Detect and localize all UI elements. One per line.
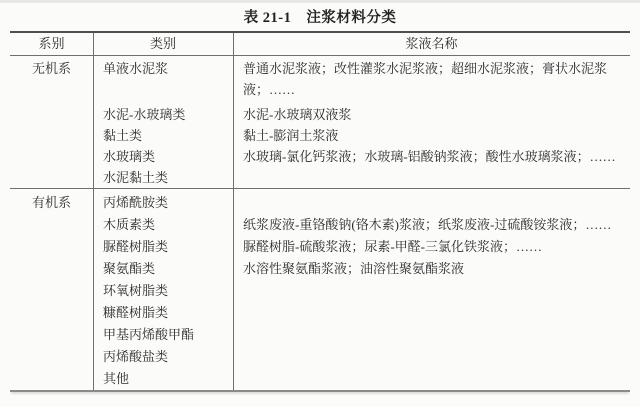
names-cell xyxy=(233,346,630,368)
column-divider-1 xyxy=(93,33,94,390)
table-header-row: 系别 类别 浆液名称 xyxy=(10,33,630,56)
names-cell xyxy=(233,280,630,302)
column-divider-2 xyxy=(233,33,234,390)
names-cell: 普通水泥浆液；改性灌浆水泥浆液；超细水泥浆液；膏状水泥浆液；…… xyxy=(233,58,630,100)
names-cell: 黏土-膨润土浆液 xyxy=(233,125,630,146)
names-cell: 水玻璃-氯化钙浆液；水玻璃-铝酸钠浆液；酸性水玻璃浆液；…… xyxy=(233,146,630,167)
table-row: 其他 xyxy=(93,368,630,390)
category-cell: 木质素类 xyxy=(93,214,233,236)
names-cell: 水泥-水玻璃双液浆 xyxy=(233,104,630,125)
names-cell xyxy=(233,167,630,188)
table-section-inorganic: 无机系单液水泥浆普通水泥浆液；改性灌浆水泥浆液；超细水泥浆液；膏状水泥浆液；……… xyxy=(10,56,630,188)
category-cell: 水玻璃类 xyxy=(93,146,233,167)
table-row: 甲基丙烯酸甲酯 xyxy=(93,324,630,346)
table-body: 无机系单液水泥浆普通水泥浆液；改性灌浆水泥浆液；超细水泥浆液；膏状水泥浆液；……… xyxy=(10,56,630,390)
table-row: 脲醛树脂类脲醛树脂-硫酸浆液；尿素-甲醛-三氯化铁浆液；…… xyxy=(93,236,630,258)
header-category: 类别 xyxy=(93,33,233,55)
section-rows: 单液水泥浆普通水泥浆液；改性灌浆水泥浆液；超细水泥浆液；膏状水泥浆液；……水泥-… xyxy=(93,56,630,188)
table-row: 木质素类纸浆废液-重铬酸钠(铬木素)浆液；纸浆废液-过硫酸铵浆液；…… xyxy=(93,214,630,236)
names-cell xyxy=(233,368,630,390)
names-cell: 水溶性聚氨酯浆液；油溶性聚氨酯浆液 xyxy=(233,258,630,280)
category-cell: 聚氨酯类 xyxy=(93,258,233,280)
table-row: 丙烯酸盐类 xyxy=(93,346,630,368)
table-row: 水泥-水玻璃类水泥-水玻璃双液浆 xyxy=(93,104,630,125)
names-cell: 脲醛树脂-硫酸浆液；尿素-甲醛-三氯化铁浆液；…… xyxy=(233,236,630,258)
category-cell: 环氧树脂类 xyxy=(93,280,233,302)
category-cell: 水泥黏土类 xyxy=(93,167,233,188)
page-edge-strip xyxy=(0,0,640,3)
category-cell: 脲醛树脂类 xyxy=(93,236,233,258)
header-slurry-name: 浆液名称 xyxy=(233,33,630,55)
section-rows: 丙烯酰胺类木质素类纸浆废液-重铬酸钠(铬木素)浆液；纸浆废液-过硫酸铵浆液；……… xyxy=(93,189,630,390)
table-section-organic: 有机系丙烯酰胺类木质素类纸浆废液-重铬酸钠(铬木素)浆液；纸浆废液-过硫酸铵浆液… xyxy=(10,188,630,390)
category-cell: 黏土类 xyxy=(93,125,233,146)
category-cell: 丙烯酰胺类 xyxy=(93,192,233,214)
table-row: 水玻璃类水玻璃-氯化钙浆液；水玻璃-铝酸钠浆液；酸性水玻璃浆液；…… xyxy=(93,146,630,167)
names-cell xyxy=(233,302,630,324)
category-cell: 水泥-水玻璃类 xyxy=(93,104,233,125)
category-cell: 甲基丙烯酸甲酯 xyxy=(93,324,233,346)
series-cell: 有机系 xyxy=(10,189,93,390)
names-cell: 纸浆废液-重铬酸钠(铬木素)浆液；纸浆废液-过硫酸铵浆液；…… xyxy=(233,214,630,236)
category-cell: 糠醛树脂类 xyxy=(93,302,233,324)
table-row: 聚氨酯类水溶性聚氨酯浆液；油溶性聚氨酯浆液 xyxy=(93,258,630,280)
names-cell xyxy=(233,324,630,346)
category-cell: 丙烯酸盐类 xyxy=(93,346,233,368)
table-row: 丙烯酰胺类 xyxy=(93,192,630,214)
table-row: 水泥黏土类 xyxy=(93,167,630,188)
header-series: 系别 xyxy=(10,33,93,55)
grouting-materials-table: 系别 类别 浆液名称 无机系单液水泥浆普通水泥浆液；改性灌浆水泥浆液；超细水泥浆… xyxy=(10,31,630,392)
series-cell: 无机系 xyxy=(10,56,93,188)
table-row: 黏土类黏土-膨润土浆液 xyxy=(93,125,630,146)
names-cell xyxy=(233,192,630,214)
table-row: 环氧树脂类 xyxy=(93,280,630,302)
table-row: 糠醛树脂类 xyxy=(93,302,630,324)
table-row: 单液水泥浆普通水泥浆液；改性灌浆水泥浆液；超细水泥浆液；膏状水泥浆液；…… xyxy=(93,58,630,100)
category-cell: 单液水泥浆 xyxy=(93,58,233,100)
table-title: 表 21-1 注浆材料分类 xyxy=(0,6,640,27)
category-cell: 其他 xyxy=(93,368,233,390)
